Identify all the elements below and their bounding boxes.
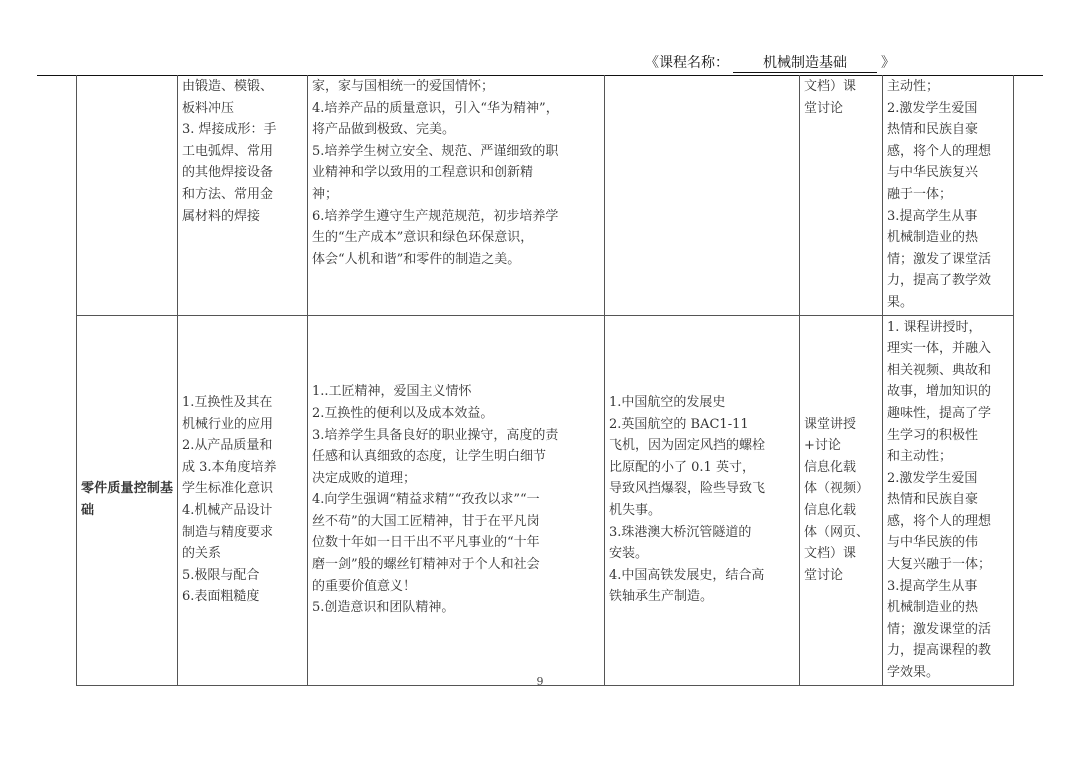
cell-text-line: 热情和民族自豪 (887, 119, 1009, 141)
cell-text-line: 机械制造业的热 (887, 597, 1009, 619)
cell-text-line: 2.英国航空的 BAC1-11 (609, 414, 795, 436)
cell-text-line: 生的“生产成本”意识和绿色环保意识， (312, 227, 600, 249)
cell-text-line: 堂讨论 (804, 565, 878, 587)
cell-text-line: 2.激发学生爱国 (887, 468, 1009, 490)
cell-text-line: 和方法、常用金 (182, 184, 303, 206)
cell-text-line: 3.提高学生从事 (887, 576, 1009, 598)
cell-text-line: 6.培养学生遵守生产规范规范，初步培养学 (312, 206, 600, 228)
course-name: 机械制造基础 (733, 52, 877, 73)
cell-text-line: 神； (312, 184, 600, 206)
cell-text-line: 果。 (887, 292, 1009, 314)
cell-text-line: 理实一体，并融入 (887, 338, 1009, 360)
cell-text-line: 的其他焊接设备 (182, 162, 303, 184)
cell-text-line: 学效果。 (887, 662, 1009, 684)
cell-text-line: 2.互换性的便利以及成本效益。 (312, 403, 600, 425)
course-ideology-table: 由锻造、模锻、板料冲压3. 焊接成形：手工电弧焊、常用的其他焊接设备和方法、常用… (76, 75, 1014, 686)
content-cell: 由锻造、模锻、板料冲压3. 焊接成形：手工电弧焊、常用的其他焊接设备和方法、常用… (178, 75, 308, 315)
cell-text-line: 情；激发课堂的活 (887, 619, 1009, 641)
cell-text-line: 4.机械产品设计 (182, 500, 303, 522)
cell-text-line: +讨论 (804, 435, 878, 457)
cell-text-line: 1.中国航空的发展史 (609, 392, 795, 414)
cell-text-line: 3.提高学生从事 (887, 206, 1009, 228)
cell-text-line: 丝不苟”的大国工匠精神，甘于在平凡岗 (312, 511, 600, 533)
cell-text-line: 信息化载 (804, 500, 878, 522)
cell-text-line: 和主动性； (887, 446, 1009, 468)
cell-text-line: 位数十年如一日干出不平凡事业的“十年 (312, 532, 600, 554)
cell-text-line: 情；激发了课堂活 (887, 249, 1009, 271)
cell-text-line: 信息化载 (804, 457, 878, 479)
cell-text-line: 2.从产品质量和 (182, 435, 303, 457)
section-name-cell: 零件质量控制基础 (77, 315, 178, 685)
cell-text-line: 体（视频） (804, 478, 878, 500)
cell-text-line: 铁轴承生产制造。 (609, 586, 795, 608)
cell-text-line: 工电弧焊、常用 (182, 141, 303, 163)
cell-text-line: 将产品做到极致、完美。 (312, 119, 600, 141)
cell-text-line: 4.向学生强调“精益求精”“孜孜以求”“一 (312, 489, 600, 511)
cell-text-line: 5.培养学生树立安全、规范、严谨细致的职 (312, 141, 600, 163)
cell-text-line: 与中华民族的伟 (887, 532, 1009, 554)
cell-text-line: 力，提高课程的教 (887, 640, 1009, 662)
methods-cell: 文档）课堂讨论 (800, 75, 883, 315)
cell-text-line: 安装。 (609, 543, 795, 565)
cell-text-line: 1..工匠精神，爱国主义情怀 (312, 381, 600, 403)
cell-text-line: 融于一体； (887, 184, 1009, 206)
cell-text-line: 机械制造业的热 (887, 227, 1009, 249)
content-cell: 1.互换性及其在机械行业的应用2.从产品质量和成 3.本角度培养学生标准化意识4… (178, 315, 308, 685)
cell-text-line: 文档）课 (804, 76, 878, 98)
cell-text-line: 体会“人机和谐”和零件的制造之美。 (312, 249, 600, 271)
cell-text-line: 4.中国高铁发展史，结合高 (609, 565, 795, 587)
cell-text-line: 课堂讲授 (804, 414, 878, 436)
cell-text-line: 成 3.本角度培养 (182, 457, 303, 479)
cell-text-line: 感，将个人的理想 (887, 511, 1009, 533)
cell-text-line: 机失事。 (609, 500, 795, 522)
cell-text-line: 与中华民族复兴 (887, 162, 1009, 184)
cell-text-line: 学生标准化意识 (182, 478, 303, 500)
cell-text-line: 3.培养学生具备良好的职业操守，高度的责 (312, 425, 600, 447)
cell-text-line: 属材料的焊接 (182, 206, 303, 228)
cell-text-line: 4.培养产品的质量意识，引入“华为精神”， (312, 98, 600, 120)
cell-text-line: 比原配的小了 0.1 英寸， (609, 457, 795, 479)
cell-text-line: 制造与精度要求 (182, 522, 303, 544)
course-header-prefix: 《课程名称： (645, 55, 729, 71)
cell-text-line: 机械行业的应用 (182, 414, 303, 436)
cell-text-line: 由锻造、模锻、 (182, 76, 303, 98)
cases-cell (605, 75, 800, 315)
cell-text-line: 3.珠港澳大桥沉管隧道的 (609, 522, 795, 544)
cell-text-line: 2.激发学生爱国 (887, 98, 1009, 120)
cell-text-line: 相关视频、典故和 (887, 360, 1009, 382)
effects-cell: 主动性；2.激发学生爱国热情和民族自豪感，将个人的理想与中华民族复兴融于一体；3… (883, 75, 1014, 315)
table-row: 由锻造、模锻、板料冲压3. 焊接成形：手工电弧焊、常用的其他焊接设备和方法、常用… (77, 75, 1014, 315)
cell-text-line: 导致风挡爆裂，险些导致飞 (609, 478, 795, 500)
cell-text-line: 1. 课程讲授时， (887, 317, 1009, 339)
cell-text-line: 故事，增加知识的 (887, 381, 1009, 403)
cell-text-line: 任感和认真细致的态度，让学生明白细节 (312, 446, 600, 468)
ideology-cell: 1..工匠精神，爱国主义情怀2.互换性的便利以及成本效益。3.培养学生具备良好的… (308, 315, 605, 685)
cell-text-line: 5.极限与配合 (182, 565, 303, 587)
cell-text-line: 堂讨论 (804, 98, 878, 120)
cell-text-line: 1.互换性及其在 (182, 392, 303, 414)
course-header-suffix: 》 (881, 55, 895, 71)
cell-text-line: 的重要价值意义！ (312, 576, 600, 598)
cell-text-line: 热情和民族自豪 (887, 489, 1009, 511)
page-number: 9 (535, 675, 545, 688)
cell-text-line: 决定成败的道理； (312, 468, 600, 490)
effects-cell: 1. 课程讲授时，理实一体，并融入相关视频、典故和故事，增加知识的趣味性，提高了… (883, 315, 1014, 685)
cases-cell: 1.中国航空的发展史2.英国航空的 BAC1-11飞机，因为固定风挡的螺栓比原配… (605, 315, 800, 685)
cell-text-line: 板料冲压 (182, 98, 303, 120)
course-header: 《课程名称：机械制造基础》 (645, 52, 905, 73)
cell-text-line: 的关系 (182, 543, 303, 565)
cell-text-line: 生学习的积极性 (887, 425, 1009, 447)
cell-text-line: 6.表面粗糙度 (182, 586, 303, 608)
cell-text-line: 3. 焊接成形：手 (182, 119, 303, 141)
cell-text-line: 文档）课 (804, 543, 878, 565)
cell-text-line: 业精神和学以致用的工程意识和创新精 (312, 162, 600, 184)
section-name-cell (77, 75, 178, 315)
cell-text-line: 家，家与国相统一的爱国情怀； (312, 76, 600, 98)
cell-text-line: 力，提高了教学效 (887, 270, 1009, 292)
ideology-cell: 家，家与国相统一的爱国情怀；4.培养产品的质量意识，引入“华为精神”，将产品做到… (308, 75, 605, 315)
table-row: 零件质量控制基础 1.互换性及其在机械行业的应用2.从产品质量和成 3.本角度培… (77, 315, 1014, 685)
cell-text-line: 趣味性，提高了学 (887, 403, 1009, 425)
cell-text-line: 磨一剑”般的螺丝钉精神对于个人和社会 (312, 554, 600, 576)
cell-text-line: 体（网页、 (804, 522, 878, 544)
cell-text-line: 感，将个人的理想 (887, 141, 1009, 163)
methods-cell: 课堂讲授+讨论信息化载体（视频）信息化载体（网页、文档）课堂讨论 (800, 315, 883, 685)
cell-text-line: 大复兴融于一体； (887, 554, 1009, 576)
cell-text-line: 主动性； (887, 76, 1009, 98)
cell-text-line: 5.创造意识和团队精神。 (312, 597, 600, 619)
cell-text-line: 飞机，因为固定风挡的螺栓 (609, 435, 795, 457)
